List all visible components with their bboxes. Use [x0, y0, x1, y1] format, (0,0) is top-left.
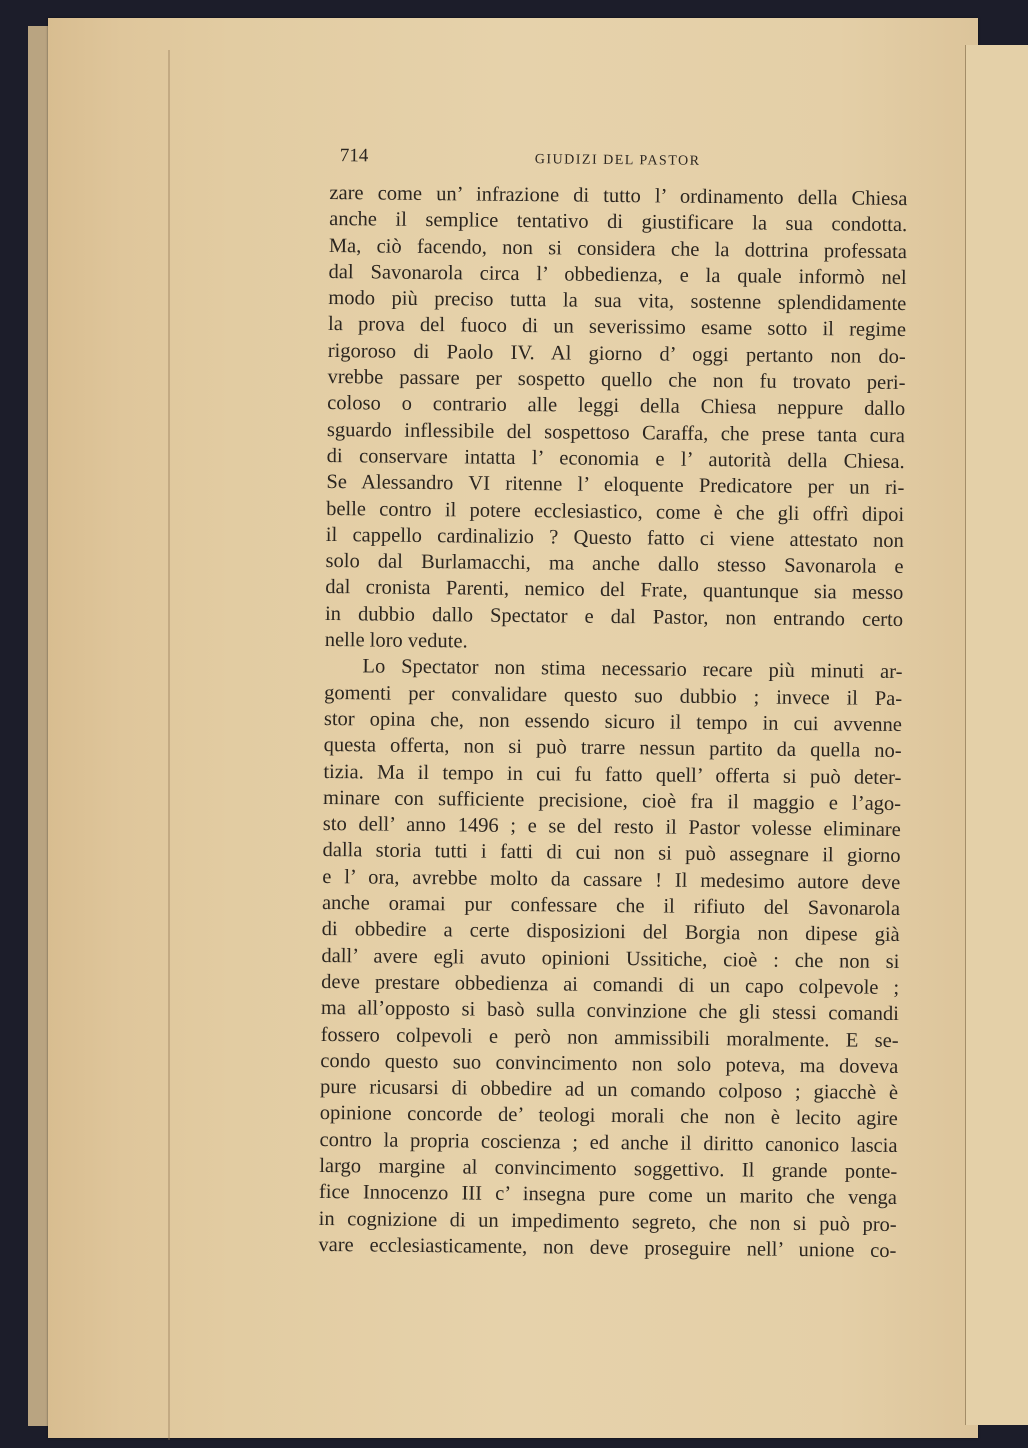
page-number: 714 [340, 145, 369, 167]
page-fold-line [168, 50, 170, 1440]
paragraph-1: zare come un’ infrazione di tutto l’ ord… [325, 180, 908, 659]
paragraph-2: Lo Spectator non stima necessario recare… [318, 653, 902, 1264]
running-head: 714 GIUDIZI DEL PASTOR [330, 140, 908, 186]
adjacent-page-edge [965, 45, 1028, 1425]
page-text-block: 714 GIUDIZI DEL PASTOR zare come un’ inf… [318, 140, 908, 1264]
running-title: GIUDIZI DEL PASTOR [535, 152, 701, 170]
